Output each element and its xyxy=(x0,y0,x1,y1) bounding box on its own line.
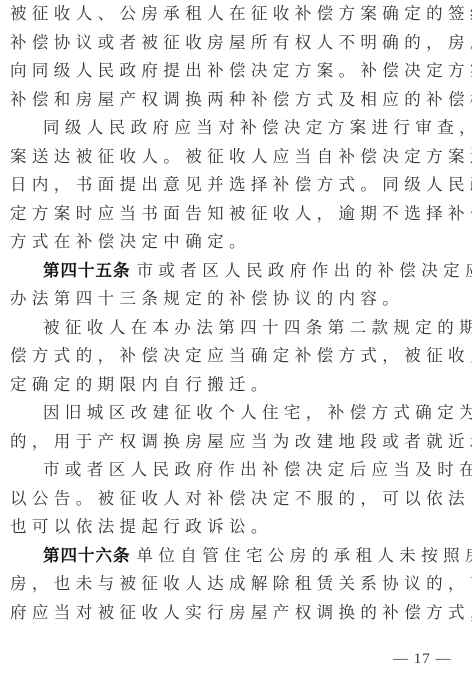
text-line: 偿方式的，补偿决定应当确定补偿方式，被征收人应当在补偿决 xyxy=(10,342,472,370)
page-number: — 17 — xyxy=(393,649,452,669)
paragraph-start-line: 被征收人在本办法第四十四条第二款规定的期限内未选择补 xyxy=(43,314,472,342)
text-line: 补偿和房屋产权调换两种补偿方式及相应的补偿标准。 xyxy=(10,86,472,114)
text-line: 方式在补偿决定中确定。 xyxy=(10,228,251,256)
text-line: 定确定的期限内自行搬迁。 xyxy=(10,371,273,399)
article-46-text: 单位自管住宅公房的承租人未按照房改政策购 xyxy=(137,546,472,565)
text-line: 办法第四十三条规定的补偿协议的内容。 xyxy=(10,285,404,313)
text-line: 的，用于产权调换房屋应当为改建地段或者就近地段的房屋。 xyxy=(10,428,472,456)
text-line: 房，也未与被征收人达成解除租赁关系协议的，市或者区人民政 xyxy=(10,570,472,598)
article-46-line: 第四十六条单位自管住宅公房的承租人未按照房改政策购 xyxy=(43,542,472,570)
paragraph-start-line: 同级人民政府应当对补偿决定方案进行审查，将补偿决定方 xyxy=(43,114,472,142)
paragraph-start-line: 市或者区人民政府作出补偿决定后应当及时在征收范围内予 xyxy=(43,456,472,484)
text-line: 以公告。被征收人对补偿决定不服的，可以依法申请行政复议， xyxy=(10,485,472,513)
text-line: 府应当对被征收人实行房屋产权调换的补偿方式，产权调换房屋 xyxy=(10,599,472,627)
text-line: 被征收人、公房承租人在征收补偿方案确定的签约期限内达不成 xyxy=(10,0,472,28)
paragraph-start-line: 因旧城区改建征收个人住宅，补偿方式确定为房屋产权调换 xyxy=(43,399,472,427)
text-line: 补偿协议或者被征收房屋所有权人不明确的，房屋征收部门应当 xyxy=(10,29,472,57)
article-45-line: 第四十五条市或者区人民政府作出的补偿决定应当包括本 xyxy=(43,257,472,285)
text-line: 定方案时应当书面告知被征收人，逾期不选择补偿方式的，补偿 xyxy=(10,200,472,228)
text-line: 案送达被征收人。被征收人应当自补偿决定方案送达之日起十五 xyxy=(10,143,472,171)
article-45-heading: 第四十五条 xyxy=(43,261,131,280)
article-45-text: 市或者区人民政府作出的补偿决定应当包括本 xyxy=(137,261,472,280)
article-46-heading: 第四十六条 xyxy=(43,546,131,565)
text-line: 也可以依法提起行政诉讼。 xyxy=(10,513,273,541)
text-line: 向同级人民政府提出补偿决定方案。补偿决定方案应当包括货币 xyxy=(10,57,472,85)
text-line: 日内，书面提出意见并选择补偿方式。同级人民政府送达补偿决 xyxy=(10,171,472,199)
